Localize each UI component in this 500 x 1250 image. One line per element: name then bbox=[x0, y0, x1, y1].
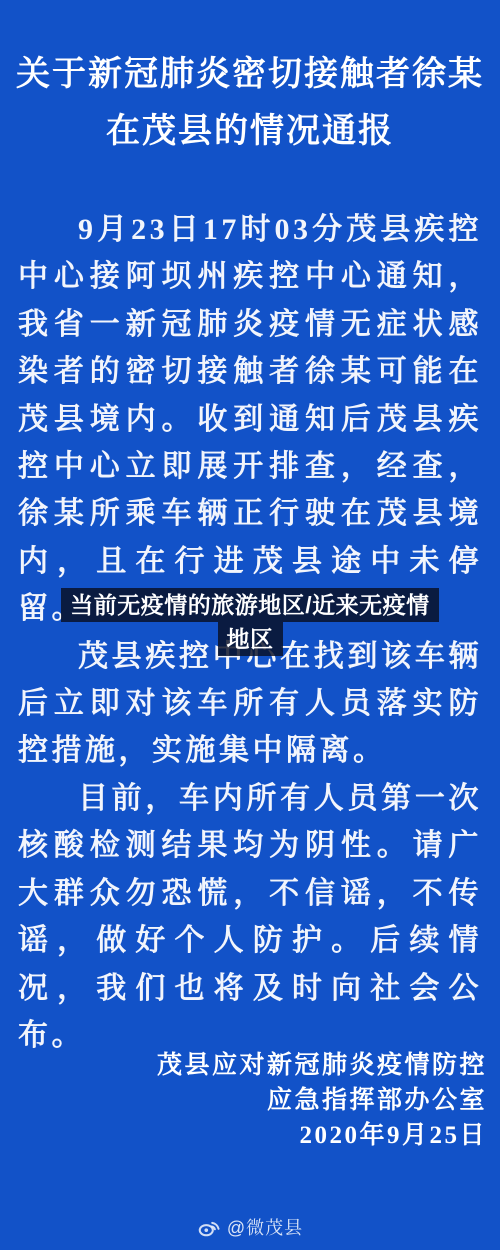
overlay-caption: 当前无疫情的旅游地区/近来无疫情 地区 bbox=[0, 588, 500, 656]
watermark: @微茂县 bbox=[0, 1214, 500, 1240]
overlay-caption-line1: 当前无疫情的旅游地区/近来无疫情 bbox=[61, 588, 438, 622]
signature-block: 茂县应对新冠肺炎疫情防控 应急指挥部办公室 2020年9月25日 bbox=[157, 1048, 487, 1153]
overlay-caption-line2: 地区 bbox=[218, 622, 283, 656]
signature-date: 2020年9月25日 bbox=[157, 1118, 487, 1153]
watermark-handle: @微茂县 bbox=[227, 1214, 303, 1240]
notice-title: 关于新冠肺炎密切接触者徐某 在茂县的情况通报 bbox=[0, 46, 500, 160]
notice-title-line2: 在茂县的情况通报 bbox=[0, 103, 500, 160]
signature-org-line2: 应急指挥部办公室 bbox=[157, 1083, 487, 1118]
notice-title-line1: 关于新冠肺炎密切接触者徐某 bbox=[0, 46, 500, 103]
weibo-icon bbox=[197, 1217, 221, 1237]
signature-org-line1: 茂县应对新冠肺炎疫情防控 bbox=[157, 1048, 487, 1083]
notice-paragraph-3: 目前，车内所有人员第一次核酸检测结果均为阴性。请广大群众勿恐慌，不信谣，不传谣，… bbox=[18, 775, 482, 1059]
notice-page: 关于新冠肺炎密切接触者徐某 在茂县的情况通报 9月23日17时03分茂县疾控中心… bbox=[0, 0, 500, 1250]
notice-paragraph-1: 9月23日17时03分茂县疾控中心接阿坝州疾控中心通知，我省一新冠肺炎疫情无症状… bbox=[18, 206, 482, 633]
